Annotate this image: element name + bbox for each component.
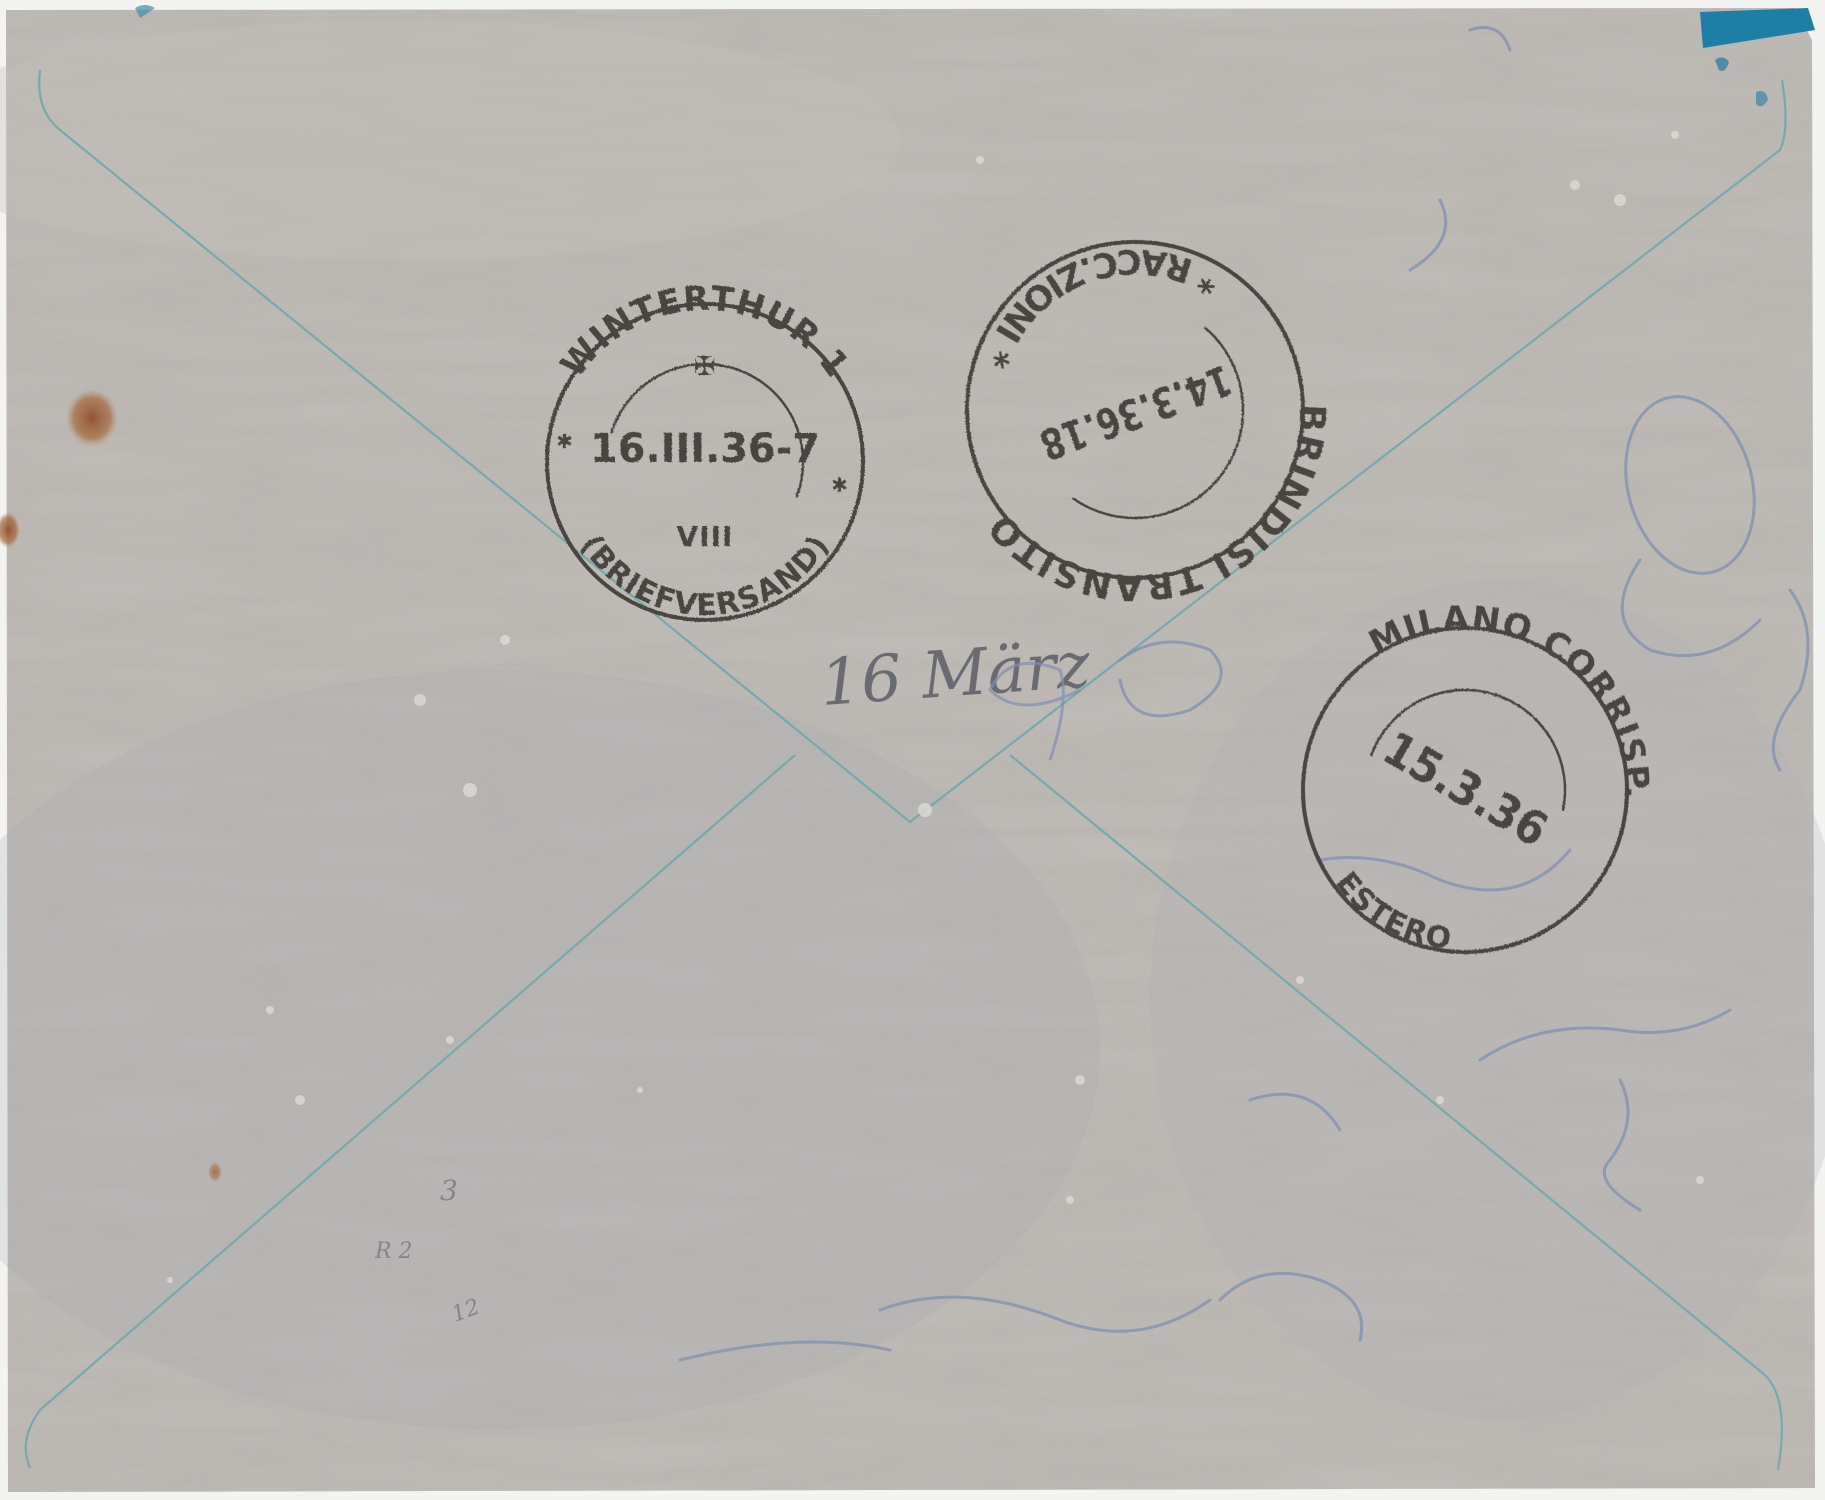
rust-spot	[66, 389, 118, 447]
star-icon: ✱	[831, 473, 849, 497]
winterthur-date: 16.III.36-7	[590, 426, 820, 472]
envelope-body	[0, 8, 1825, 1492]
star-icon: ✱	[556, 429, 574, 453]
pencil-note-line: 3	[440, 1174, 458, 1207]
winterthur-sub: VIII	[677, 520, 734, 553]
envelope-back-scan: WINTERTHUR 1 (BRIEFVERSAND) ✠ ✱ ✱ 16.III…	[0, 0, 1825, 1500]
swiss-cross-icon: ✠	[694, 352, 717, 382]
pencil-note-line: R 2	[374, 1239, 413, 1264]
